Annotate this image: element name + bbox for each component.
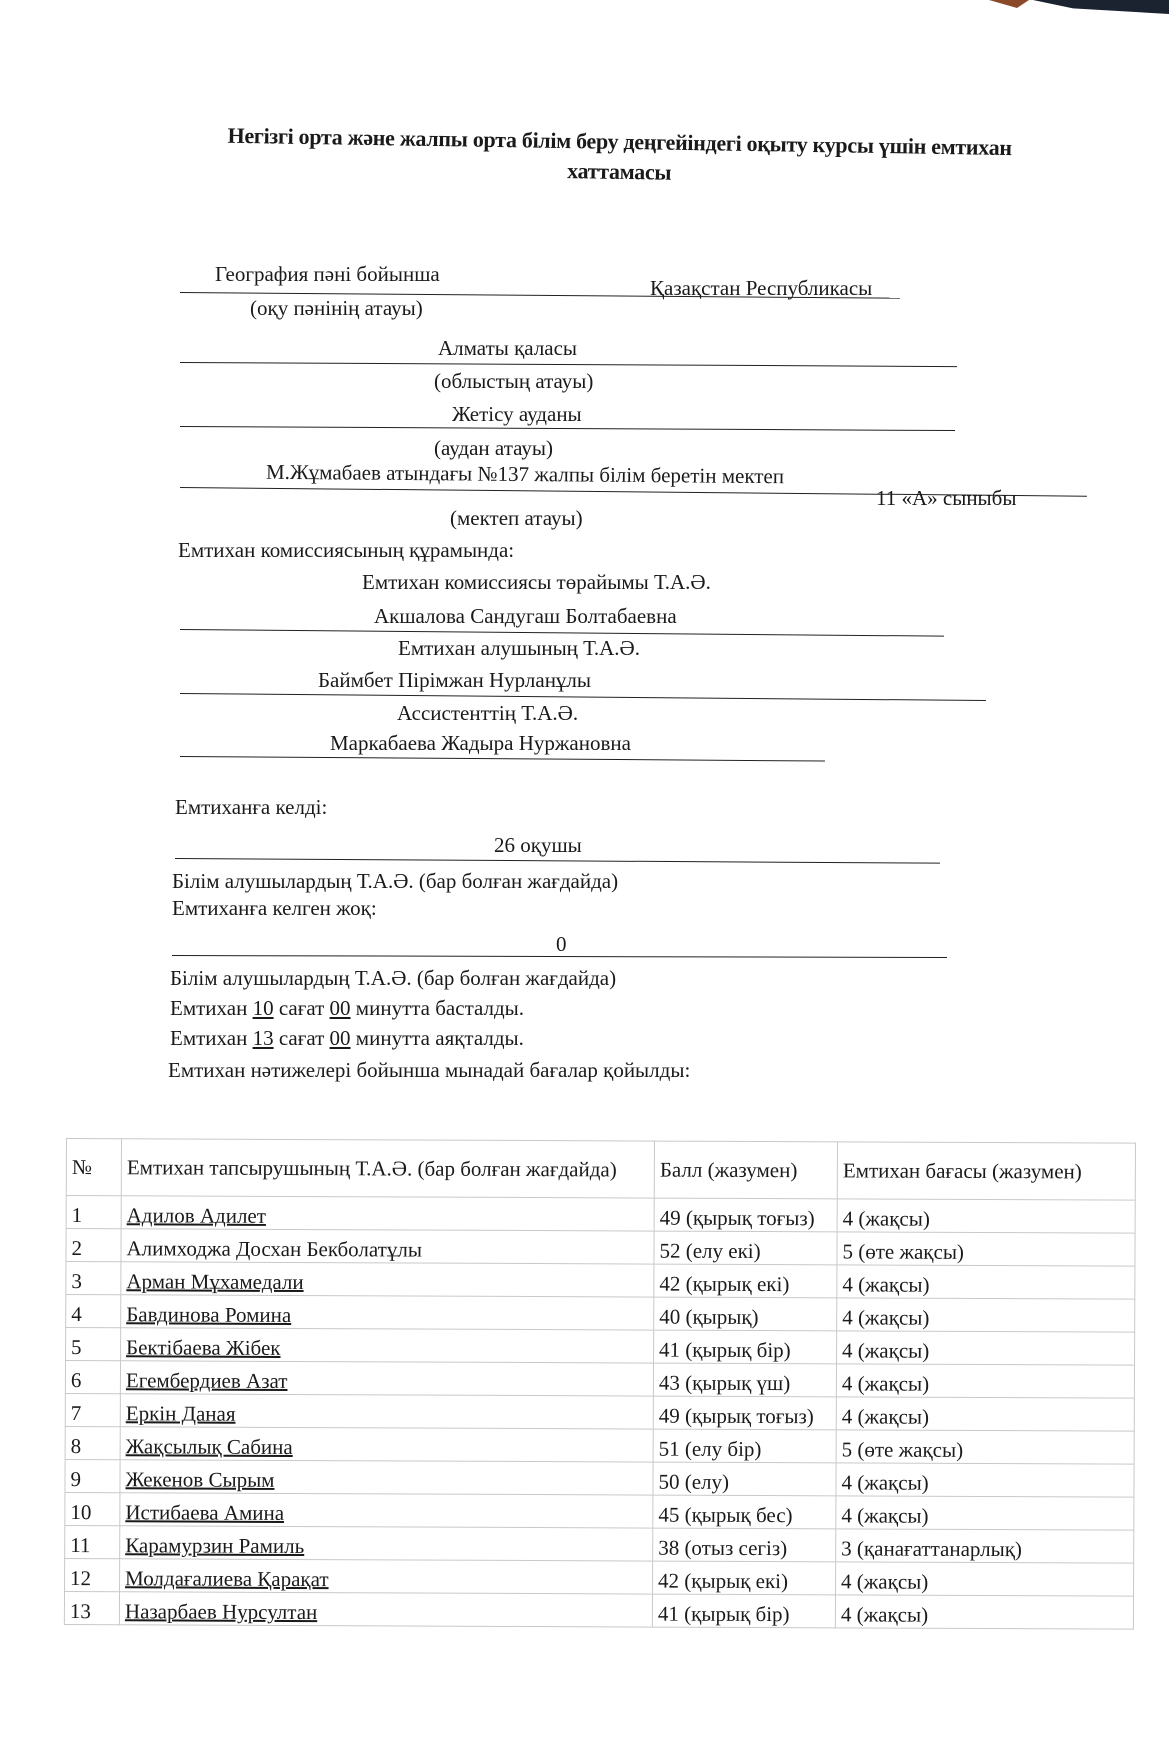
grade: 4 (жақсы) [837, 1331, 1135, 1365]
district-caption: (аудан атауы) [434, 436, 553, 460]
table-row: 6Егембердиев Азат43 (қырық үш)4 (жақсы) [65, 1361, 1134, 1399]
subject-caption: (оқу пәнінің атауы) [250, 296, 423, 320]
students-caption-1: Білім алушылардың Т.А.Ә. (бар болған жағ… [172, 869, 618, 893]
country-value: Қазақстан Республикасы [650, 276, 872, 300]
examiner-line [180, 693, 986, 701]
table-row: 9Жекенов Сырым50 (елу)4 (жақсы) [65, 1459, 1134, 1497]
student-name: Молдағалиева Қарақат [120, 1559, 653, 1594]
school-caption: (мектеп атауы) [450, 506, 583, 530]
row-number: 4 [66, 1295, 121, 1328]
score: 50 (елу) [653, 1462, 836, 1496]
start-mid: сағат [279, 996, 324, 1020]
table-row: 10Истибаева Амина45 (қырық бес)4 (жақсы) [65, 1492, 1134, 1530]
score: 52 (елу екі) [654, 1231, 837, 1265]
row-number: 9 [65, 1459, 120, 1492]
row-number: 2 [66, 1229, 121, 1262]
background-corner [1009, 0, 1169, 14]
district-line [180, 426, 955, 431]
header-score: Балл (жазумен) [654, 1141, 837, 1199]
end-suffix: минутта аяқталды. [356, 1026, 524, 1050]
student-name: Еркін Даная [120, 1394, 653, 1429]
assistant-label: Ассистенттің Т.А.Ә. [397, 701, 578, 725]
table-row: 2Алимходжа Досхан Бекболатұлы52 (елу екі… [66, 1229, 1135, 1267]
grade: 4 (жақсы) [836, 1562, 1134, 1596]
table-row: 8Жақсылық Сабина51 (елу бір)5 (өте жақсы… [65, 1426, 1134, 1464]
attended-label: Емтиханға келді: [175, 795, 327, 819]
end-minute: 00 [330, 1026, 351, 1050]
examiner-value: Баймбет Пірімжан Нурланұлы [318, 668, 591, 692]
table-row: 7Еркін Даная49 (қырық тоғыз)4 (жақсы) [65, 1393, 1134, 1431]
row-number: 7 [65, 1393, 120, 1426]
header-number: № [66, 1139, 121, 1196]
subject-value: География пәні бойынша [215, 262, 440, 286]
student-name: Адилов Адилет [121, 1196, 654, 1231]
table-row: 11Карамурзин Рамиль38 (отыз сегіз)3 (қан… [65, 1525, 1134, 1563]
assistant-value: Маркабаева Жадыра Нуржановна [330, 731, 631, 755]
start-minute: 00 [330, 996, 351, 1020]
row-number: 3 [66, 1262, 121, 1295]
grade: 4 (жақсы) [837, 1265, 1135, 1299]
row-number: 1 [66, 1196, 121, 1229]
score: 43 (қырық үш) [653, 1363, 836, 1397]
table-row: 1Адилов Адилет49 (қырық тоғыз)4 (жақсы) [66, 1196, 1135, 1234]
grade: 4 (жақсы) [837, 1298, 1135, 1332]
region-caption: (облыстың атауы) [434, 369, 593, 393]
attended-line [175, 858, 940, 864]
row-number: 12 [65, 1558, 120, 1591]
start-hour: 10 [253, 996, 274, 1020]
score: 42 (қырық екі) [654, 1264, 837, 1298]
student-name: Жекенов Сырым [120, 1460, 653, 1495]
start-prefix: Емтихан [170, 996, 247, 1020]
table-row: 5Бектібаева Жібек41 (қырық бір)4 (жақсы) [66, 1328, 1135, 1366]
commission-heading: Емтихан комиссиясының құрамында: [178, 538, 514, 562]
score: 45 (қырық бес) [653, 1495, 836, 1529]
score: 38 (отыз сегіз) [653, 1528, 836, 1562]
end-prefix: Емтихан [170, 1026, 247, 1050]
score: 40 (қырық) [654, 1297, 837, 1331]
end-mid: сағат [279, 1026, 324, 1050]
grade: 4 (жақсы) [836, 1397, 1134, 1431]
region-value: Алматы қаласы [438, 336, 577, 360]
attended-value: 26 оқушы [494, 833, 582, 857]
district-value: Жетісу ауданы [452, 402, 582, 426]
row-number: 6 [65, 1361, 120, 1394]
grade: 4 (жақсы) [835, 1595, 1133, 1629]
grade: 4 (жақсы) [836, 1496, 1134, 1530]
absent-value: 0 [552, 932, 571, 956]
header-name: Емтихан тапсырушының Т.А.Ә. (бар болған … [121, 1139, 654, 1198]
results-table: № Емтихан тапсырушының Т.А.Ә. (бар болға… [64, 1138, 1136, 1630]
student-name: Арман Мұхамедали [121, 1262, 654, 1297]
start-suffix: минутта басталды. [356, 996, 524, 1020]
score: 51 (елу бір) [653, 1429, 836, 1463]
chair-label: Емтихан комиссиясы төрайымы Т.А.Ә. [362, 570, 711, 594]
table-row: 12Молдағалиева Қарақат42 (қырық екі)4 (ж… [65, 1558, 1134, 1596]
table-row: 13Назарбаев Нурсултан41 (қырық бір)4 (жа… [64, 1591, 1133, 1629]
score: 49 (қырық тоғыз) [654, 1198, 837, 1232]
examiner-label: Емтихан алушының Т.А.Ә. [398, 636, 640, 660]
grade: 4 (жақсы) [836, 1364, 1134, 1398]
class-value: 11 «А» сыныбы [876, 486, 1016, 510]
student-name: Бавдинова Ромина [121, 1295, 654, 1330]
student-name: Назарбаев Нурсултан [119, 1592, 652, 1627]
chair-value: Акшалова Сандугаш Болтабаевна [374, 604, 677, 628]
exam-end: Емтихан 13 сағат 00 минутта аяқталды. [170, 1026, 524, 1050]
grade: 4 (жақсы) [836, 1463, 1134, 1497]
grade: 5 (өте жақсы) [836, 1430, 1134, 1464]
grade: 5 (өте жақсы) [837, 1232, 1135, 1266]
grade: 4 (жақсы) [837, 1199, 1135, 1233]
row-number: 8 [65, 1426, 120, 1459]
student-name: Бектібаева Жібек [121, 1328, 654, 1363]
table-header-row: № Емтихан тапсырушының Т.А.Ә. (бар болға… [66, 1139, 1135, 1201]
assistant-line [180, 756, 825, 762]
student-name: Алимходжа Досхан Бекболатұлы [121, 1229, 654, 1264]
absent-label: Емтиханға келген жоқ: [172, 896, 377, 920]
table-row: 4Бавдинова Ромина40 (қырық)4 (жақсы) [66, 1295, 1135, 1333]
row-number: 5 [66, 1328, 121, 1361]
row-number: 10 [65, 1492, 120, 1525]
results-intro: Емтихан нәтижелері бойынша мынадай бағал… [168, 1058, 690, 1082]
score: 42 (қырық екі) [653, 1561, 836, 1595]
header-grade: Емтихан бағасы (жазумен) [837, 1142, 1135, 1200]
student-name: Жақсылық Сабина [120, 1427, 653, 1462]
grade: 3 (қанағаттанарлық) [836, 1529, 1134, 1563]
row-number: 11 [65, 1525, 120, 1558]
score: 41 (қырық бір) [652, 1594, 835, 1628]
student-name: Истибаева Амина [120, 1493, 653, 1528]
exam-start: Емтихан 10 сағат 00 минутта басталды. [170, 996, 524, 1020]
table-row: 3Арман Мұхамедали42 (қырық екі)4 (жақсы) [66, 1262, 1135, 1300]
school-value: М.Жұмабаев атындағы №137 жалпы білім бер… [266, 460, 784, 489]
background-corner-accent [989, 0, 1029, 8]
score: 41 (қырық бір) [654, 1330, 837, 1364]
student-name: Карамурзин Рамиль [120, 1526, 653, 1561]
students-caption-2: Білім алушылардың Т.А.Ә. (бар болған жағ… [170, 966, 616, 990]
student-name: Егембердиев Азат [120, 1361, 653, 1396]
row-number: 13 [64, 1591, 119, 1624]
score: 49 (қырық тоғыз) [653, 1396, 836, 1430]
region-line [180, 362, 957, 367]
document-title: Негізгі орта және жалпы орта білім беру … [179, 120, 1060, 194]
end-hour: 13 [253, 1026, 274, 1050]
